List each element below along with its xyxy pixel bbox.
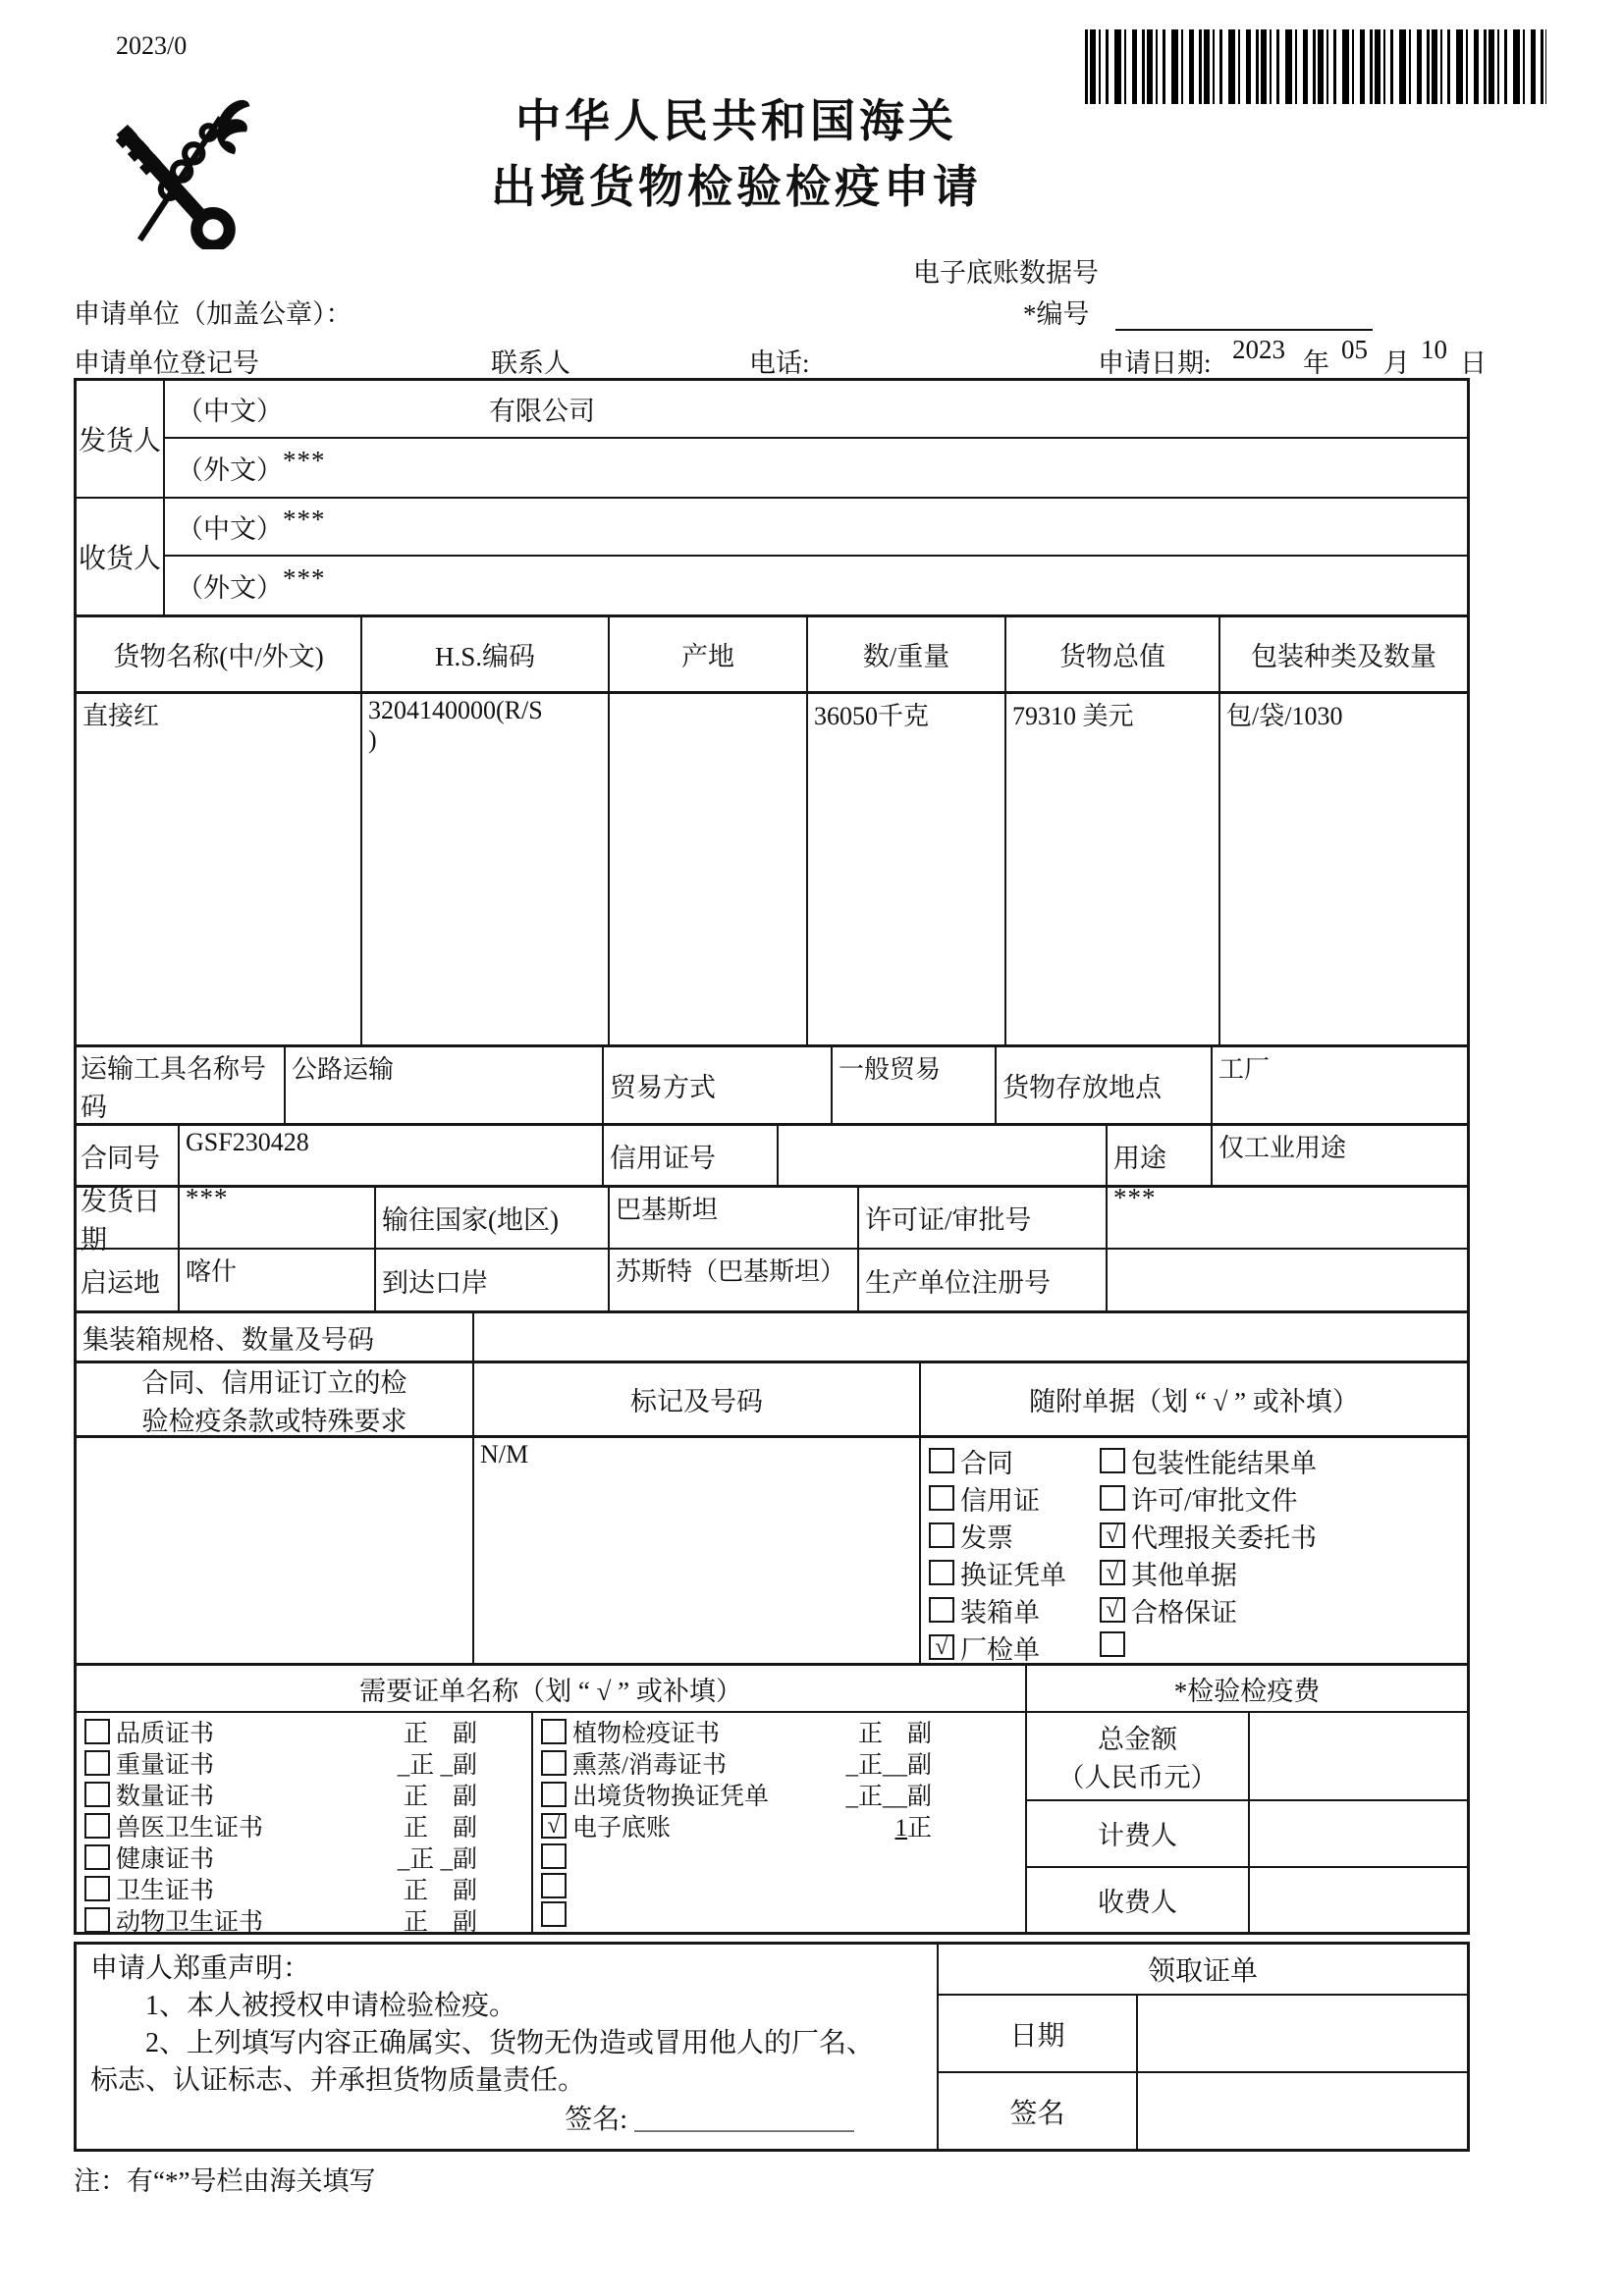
cert-animal-copies: 正 副 <box>404 1902 477 1938</box>
checkbox-packing-list <box>929 1597 954 1623</box>
cert-header-row: 需要证单名称（划 “ √ ” 或补填） *检验检疫费 <box>77 1666 1467 1713</box>
goods-header-origin: 产地 <box>610 617 808 691</box>
month-suffix: 月 <box>1383 342 1410 380</box>
storage-value: 工厂 <box>1213 1047 1467 1123</box>
vehicle-value: 公路运输 <box>286 1047 604 1123</box>
pickup-sign-label: 签名 <box>939 2073 1138 2149</box>
cn-label: （中文） <box>177 390 283 428</box>
terms-value <box>77 1438 474 1663</box>
attach-exchange-label: 换证凭单 <box>960 1554 1066 1592</box>
fee-calculator-value <box>1250 1801 1467 1865</box>
consignor-label: 发货人 <box>77 381 165 497</box>
declaration-title: 申请人郑重声明： <box>90 1950 923 1988</box>
goods-header-qty: 数/重量 <box>808 617 1006 691</box>
attach-lc-label: 信用证 <box>960 1479 1040 1518</box>
use-label: 用途 <box>1108 1126 1213 1185</box>
cert-fumigation-label: 熏蒸/消毒证书 <box>572 1745 727 1781</box>
e-account-number-label: 电子底账数据号 <box>913 251 1099 290</box>
cert-section-title: 需要证单名称（划 “ √ ” 或补填） <box>77 1666 1027 1711</box>
fee-total-label-line1: 总金额 <box>1098 1718 1177 1756</box>
producer-reg-value <box>1108 1250 1467 1310</box>
checkbox-factory-inspection: √ <box>929 1634 954 1660</box>
barcode <box>1085 29 1546 104</box>
fee-calculator-label: 计费人 <box>1027 1801 1250 1865</box>
pickup-sign-value <box>1138 2073 1467 2149</box>
declaration-block: 申请人郑重声明： 1、本人被授权申请检验检疫。 2、上列填写内容正确属实、货物无… <box>74 1942 1470 2152</box>
producer-reg-label: 生产单位注册号 <box>859 1250 1108 1310</box>
contract-row: 合同号 GSF230428 信用证号 用途 仅工业用途 <box>77 1126 1467 1188</box>
checkbox-animal-health-cert <box>84 1907 110 1933</box>
pickup-date-label: 日期 <box>939 1996 1138 2071</box>
lc-label: 信用证号 <box>604 1126 779 1185</box>
cert-vet-copies: 正 副 <box>404 1808 477 1843</box>
checkbox-blank <box>1100 1631 1125 1657</box>
departure-label: 启运地 <box>77 1250 180 1310</box>
footnote: 注：有“*”号栏由海关填写 <box>74 2160 375 2198</box>
ship-date-stars: *** <box>186 1183 229 1213</box>
consignor-block: 发货人 （中文） 有限公司 （外文） *** <box>77 381 1467 499</box>
apply-date-label: 申请日期: <box>1098 342 1212 380</box>
cert-quality-copies: 正 副 <box>404 1714 477 1749</box>
fee-total-label: 总金额 （人民币元） <box>1027 1713 1250 1799</box>
contract-label: 合同号 <box>77 1126 180 1185</box>
phone-label: 电话: <box>749 342 810 380</box>
cert-weight-copies: _正 _副 <box>398 1745 477 1781</box>
pickup-sign-row: 签名 <box>939 2073 1467 2149</box>
main-form-table: 发货人 （中文） 有限公司 （外文） *** 收货人 （中文） *** <box>74 378 1470 1935</box>
container-row: 集装箱规格、数量及号码 <box>77 1313 1467 1363</box>
serial-blank-line <box>1115 303 1373 331</box>
transport-row: 运输工具名称号码 公路运输 贸易方式 一般贸易 货物存放地点 工厂 <box>77 1047 1467 1126</box>
goods-name: 直接红 <box>77 694 362 1044</box>
fee-collector-value <box>1250 1868 1467 1932</box>
cert-health-label: 健康证书 <box>116 1840 214 1875</box>
arrival-port-value: 苏斯特（巴基斯坦） <box>610 1250 859 1310</box>
pickup-date-row: 日期 <box>939 1996 1467 2073</box>
checkbox-blank-2 <box>541 1873 567 1898</box>
contact-label: 联系人 <box>491 342 570 380</box>
consignee-label: 收货人 <box>77 499 165 614</box>
goods-header-name: 货物名称(中/外文) <box>77 617 362 691</box>
consignor-fn-row: （外文） *** <box>165 439 1467 497</box>
cert-sanitary-copies: 正 副 <box>404 1871 477 1906</box>
checkbox-conformity-guarantee: √ <box>1100 1597 1125 1623</box>
declaration-line1: 1、本人被授权申请检验检疫。 <box>90 1988 923 2025</box>
fee-section-title: *检验检疫费 <box>1027 1666 1467 1711</box>
trade-mode-value: 一般贸易 <box>833 1047 997 1123</box>
consignor-cn-row: （中文） 有限公司 <box>165 381 1467 439</box>
checkbox-vet-health-cert <box>84 1813 110 1839</box>
cert-plant-copies: 正 副 <box>858 1721 932 1747</box>
fee-total-value <box>1250 1713 1467 1799</box>
fn-label: （外文） <box>177 566 283 605</box>
pickup-certificate-table: 领取证单 日期 签名 <box>939 1945 1467 2149</box>
apply-date-month: 05 <box>1341 335 1368 365</box>
serial-label: *编号 <box>1023 299 1090 329</box>
attach-other-docs-label: 其他单据 <box>1131 1554 1237 1592</box>
checkbox-plant-quarantine-cert <box>541 1719 567 1744</box>
cert-health-copies: _正 _副 <box>398 1840 477 1875</box>
checkbox-permit-docs <box>1100 1485 1125 1511</box>
terms-line2: 验检疫条款或特殊要求 <box>142 1400 407 1438</box>
applicant-reg-label: 申请单位登记号 <box>74 342 259 380</box>
consignee-block: 收货人 （中文） *** （外文） *** <box>77 499 1467 617</box>
serial-number-field: *编号 <box>1023 293 1373 331</box>
goods-pack: 包/袋/1030 <box>1220 694 1467 1044</box>
checkbox-customs-broker: √ <box>1100 1522 1125 1548</box>
cert-fumigation-copies: _正__副 <box>845 1752 932 1779</box>
checkbox-e-account: √ <box>541 1813 567 1839</box>
pickup-date-value <box>1138 1996 1467 2071</box>
goods-hs-code: 3204140000(R/S ) <box>362 694 610 1044</box>
consignee-fn-row: （外文） *** <box>165 557 1467 614</box>
attach-list-right: 包装性能结果单 许可/审批文件 √代理报关委托书 √其他单据 √合格保证 <box>1090 1438 1467 1663</box>
checkbox-other-docs: √ <box>1100 1560 1125 1585</box>
cert-exit-exchange-label: 出境货物换证凭单 <box>572 1777 769 1812</box>
hs-line1: 3204140000(R/S <box>368 696 543 725</box>
day-suffix: 日 <box>1460 342 1487 380</box>
fee-collector-label: 收费人 <box>1027 1868 1250 1932</box>
use-value: 仅工业用途 <box>1213 1126 1467 1185</box>
attach-customs-broker-label: 代理报关委托书 <box>1131 1517 1317 1555</box>
attach-packing-label: 装箱单 <box>960 1591 1040 1629</box>
terms-label: 合同、信用证订立的检 验检疫条款或特殊要求 <box>77 1363 474 1435</box>
storage-label: 货物存放地点 <box>997 1047 1213 1123</box>
apply-date-day: 10 <box>1421 335 1447 365</box>
cert-list-mid: 植物检疫证书正 副 熏蒸/消毒证书_正__副 出境货物换证凭单_正__副 √电子… <box>533 1713 1027 1932</box>
permit-stars: *** <box>1113 1183 1157 1213</box>
marks-numbers-label: 标记及号码 <box>474 1363 921 1435</box>
cert-vet-label: 兽医卫生证书 <box>116 1808 263 1843</box>
goods-header-pack: 包装种类及数量 <box>1220 617 1467 691</box>
checkbox-invoice <box>929 1522 954 1548</box>
attach-permit-docs-label: 许可/审批文件 <box>1131 1479 1298 1518</box>
ship-date-row: 发货日期 *** 输往国家(地区) 巴基斯坦 许可证/审批号 *** <box>77 1188 1467 1250</box>
declaration-line3: 标志、认证标志、并承担货物质量责任。 <box>90 2062 923 2100</box>
cert-e-account-copies: 正 <box>907 1815 932 1842</box>
cert-plant-label: 植物检疫证书 <box>572 1714 720 1749</box>
checkbox-blank-3 <box>541 1901 567 1927</box>
cert-sanitary-label: 卫生证书 <box>116 1871 214 1906</box>
marks-header-row: 合同、信用证订立的检 验检疫条款或特殊要求 标记及号码 随附单据（划 “ √ ”… <box>77 1363 1467 1438</box>
apply-date-year: 2023 <box>1232 335 1285 365</box>
container-value <box>474 1313 1467 1361</box>
cert-quantity-label: 数量证书 <box>116 1777 214 1812</box>
checkbox-health-cert <box>84 1844 110 1870</box>
form-title: 中华人民共和国海关 出境货物检验检疫申请 <box>324 90 1149 222</box>
checkbox-exit-exchange-voucher <box>541 1782 567 1807</box>
cert-animal-label: 动物卫生证书 <box>116 1902 263 1938</box>
cn-label: （中文） <box>177 507 283 546</box>
cert-exit-exchange-copies: _正__副 <box>845 1784 932 1810</box>
title-line2: 出境货物检验检疫申请 <box>324 153 1149 222</box>
consignee-cn-value: *** <box>283 505 326 535</box>
arrival-port-label: 到达口岸 <box>376 1250 610 1310</box>
trade-mode-label: 贸易方式 <box>604 1047 833 1123</box>
pickup-header: 领取证单 <box>939 1945 1467 1996</box>
permit-label: 许可证/审批号 <box>859 1188 1108 1248</box>
ship-date-value: *** <box>180 1188 376 1248</box>
departure-value: 喀什 <box>180 1250 376 1310</box>
dest-country-label: 输往国家(地区) <box>376 1188 610 1248</box>
fee-total-label-line2: （人民币元） <box>1058 1756 1218 1794</box>
declaration-line2: 2、上列填写内容正确属实、货物无伪造或冒用他人的厂名、 <box>90 2025 923 2062</box>
terms-line1: 合同、信用证订立的检 <box>142 1362 407 1400</box>
dest-country-value: 巴基斯坦 <box>610 1188 859 1248</box>
goods-header-value: 货物总值 <box>1006 617 1220 691</box>
vehicle-label: 运输工具名称号码 <box>77 1047 286 1123</box>
fn-label: （外文） <box>177 449 283 487</box>
applicant-unit-label: 申请单位（加盖公章）： <box>74 293 352 331</box>
title-line1: 中华人民共和国海关 <box>324 90 1149 153</box>
checkbox-blank-1 <box>541 1843 567 1869</box>
checkbox-quality-cert <box>84 1719 110 1744</box>
lc-value <box>779 1126 1108 1185</box>
cert-e-account-num: 1 <box>894 1815 907 1842</box>
marks-numbers-value: N/M <box>474 1438 921 1663</box>
consignor-cn-value: 有限公司 <box>489 390 595 428</box>
cert-quantity-copies: 正 副 <box>404 1777 477 1812</box>
goods-table-header: 货物名称(中/外文) H.S.编码 产地 数/重量 货物总值 包装种类及数量 <box>77 617 1467 694</box>
hs-line2: ) <box>368 725 543 755</box>
container-label: 集装箱规格、数量及号码 <box>77 1313 474 1361</box>
attached-docs-label: 随附单据（划 “ √ ” 或补填） <box>921 1363 1467 1435</box>
goods-data-row: 直接红 3204140000(R/S ) 36050千克 79310 美元 包/… <box>77 694 1467 1047</box>
cert-weight-label: 重量证书 <box>116 1745 214 1781</box>
attach-invoice-label: 发票 <box>960 1517 1013 1555</box>
goods-header-hs: H.S.编码 <box>362 617 610 691</box>
checkbox-weight-cert <box>84 1750 110 1776</box>
goods-value: 79310 美元 <box>1006 694 1220 1044</box>
checkbox-quantity-cert <box>84 1782 110 1807</box>
consignee-fn-value: *** <box>283 563 326 594</box>
contract-value: GSF230428 <box>180 1126 604 1185</box>
marks-content-row: N/M 合同 信用证 发票 换证凭单 装箱单 √厂检单 包装性能结果单 许可/审… <box>77 1438 1467 1666</box>
declaration-text: 申请人郑重声明： 1、本人被授权申请检验检疫。 2、上列填写内容正确属实、货物无… <box>77 1945 939 2149</box>
year-suffix: 年 <box>1303 342 1329 380</box>
consignee-cn-row: （中文） *** <box>165 499 1467 557</box>
checkbox-lc <box>929 1485 954 1511</box>
permit-value: *** <box>1108 1188 1467 1248</box>
declaration-signature-line: 签名: ＿＿＿＿＿＿＿＿ <box>90 2102 923 2139</box>
origin-row: 启运地 喀什 到达口岸 苏斯特（巴基斯坦） 生产单位注册号 <box>77 1250 1467 1313</box>
goods-qty: 36050千克 <box>808 694 1006 1044</box>
ship-date-label: 发货日期 <box>77 1188 180 1248</box>
checkbox-fumigation-cert <box>541 1750 567 1776</box>
goods-origin <box>610 694 808 1044</box>
cert-body-row: 品质证书正 副 重量证书_正 _副 数量证书正 副 兽医卫生证书正 副 健康证书… <box>77 1713 1467 1932</box>
attach-contract-label: 合同 <box>960 1442 1013 1480</box>
form-ref-number: 2023/0 <box>116 31 187 61</box>
attach-package-performance-label: 包装性能结果单 <box>1131 1442 1317 1480</box>
checkbox-package-performance <box>1100 1448 1125 1473</box>
cert-e-account-label: 电子底账 <box>572 1808 671 1843</box>
checkbox-contract <box>929 1448 954 1473</box>
customs-emblem-logo <box>101 84 250 249</box>
consignor-fn-value: *** <box>283 446 326 476</box>
checkbox-exchange-voucher <box>929 1560 954 1585</box>
checkbox-sanitary-cert <box>84 1876 110 1901</box>
attach-factory-label: 厂检单 <box>960 1629 1040 1667</box>
attach-list-left: 合同 信用证 发票 换证凭单 装箱单 √厂检单 <box>921 1438 1090 1663</box>
cert-quality-label: 品质证书 <box>116 1714 214 1749</box>
attach-conformity-label: 合格保证 <box>1131 1591 1237 1629</box>
cert-list-left: 品质证书正 副 重量证书_正 _副 数量证书正 副 兽医卫生证书正 副 健康证书… <box>77 1713 533 1932</box>
customs-form-page: 2023/0 中华人民共和国海关 出境货物检验检疫申请 电子底账数据号 *编号 <box>0 0 1624 2296</box>
fee-table: 总金额 （人民币元） 计费人 收费人 <box>1027 1713 1467 1932</box>
